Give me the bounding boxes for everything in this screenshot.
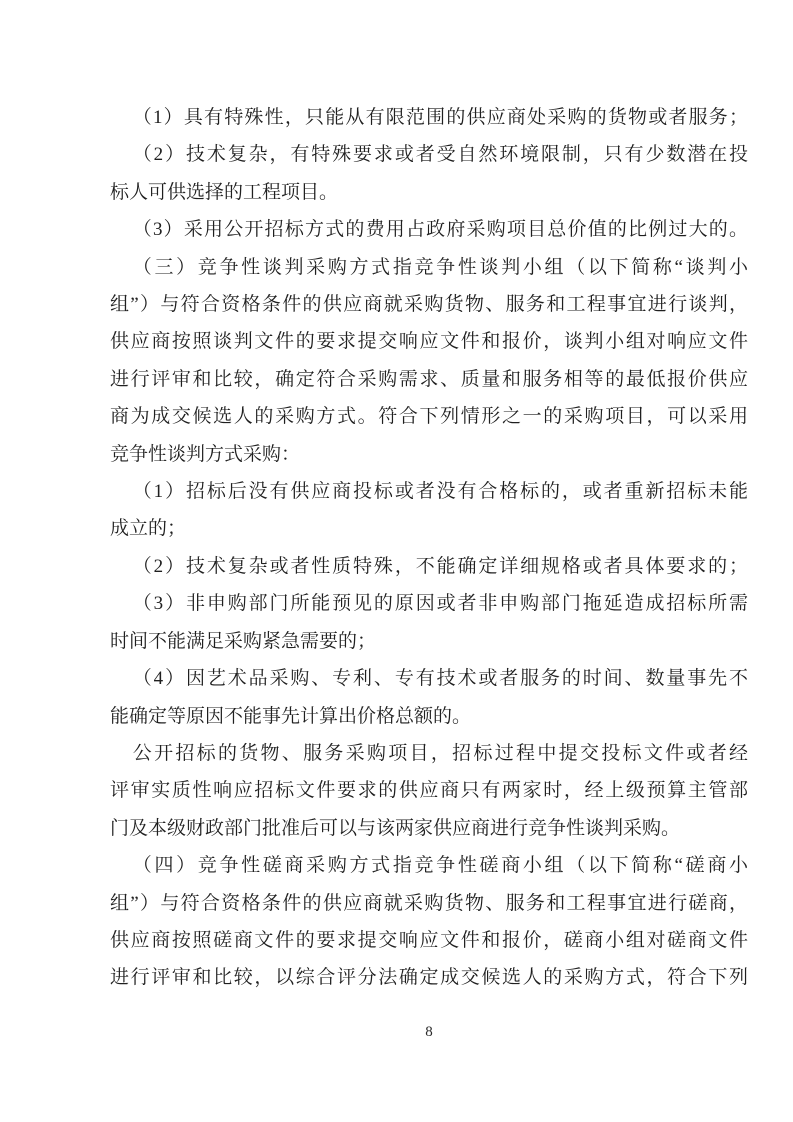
text-line: （四）竞争性磋商采购方式指竞争性磋商小组（以下简称“磋商小 xyxy=(110,847,748,884)
text-line: （3）采用公开招标方式的费用占政府采购项目总价值的比例过大的。 xyxy=(110,211,748,248)
text-line: （1）具有特殊性，只能从有限范围的供应商处采购的货物或者服务； xyxy=(110,99,748,136)
page-number: 8 xyxy=(425,1024,433,1040)
text-line: 能确定等原因不能事先计算出价格总额的。 xyxy=(110,698,748,735)
text-line: （2）技术复杂，有特殊要求或者受自然环境限制，只有少数潜在投 xyxy=(110,136,748,173)
text-line: 商为成交候选人的采购方式。符合下列情形之一的采购项目，可以采用 xyxy=(110,398,748,435)
text-line: 竞争性谈判方式采购： xyxy=(110,436,748,473)
text-line: 进行评审和比较，以综合评分法确定成交候选人的采购方式，符合下列 xyxy=(110,959,748,996)
page-footer: 8 xyxy=(110,1024,748,1041)
text-line: 标人可供选择的工程项目。 xyxy=(110,174,748,211)
text-line: 评审实质性响应招标文件要求的供应商只有两家时，经上级预算主管部 xyxy=(110,772,748,809)
text-line: （1）招标后没有供应商投标或者没有合格标的，或者重新招标未能 xyxy=(110,473,748,510)
text-line: 组”）与符合资格条件的供应商就采购货物、服务和工程事宜进行磋商， xyxy=(110,885,748,922)
text-line: （3）非申购部门所能预见的原因或者非申购部门拖延造成招标所需 xyxy=(110,585,748,622)
text-line: （2）技术复杂或者性质特殊，不能确定详细规格或者具体要求的； xyxy=(110,548,748,585)
text-line: 进行评审和比较，确定符合采购需求、质量和服务相等的最低报价供应 xyxy=(110,361,748,398)
text-line: 供应商按照磋商文件的要求提交响应文件和报价，磋商小组对磋商文件 xyxy=(110,922,748,959)
text-block: （1）具有特殊性，只能从有限范围的供应商处采购的货物或者服务；（2）技术复杂，有… xyxy=(110,99,748,997)
document-page: （1）具有特殊性，只能从有限范围的供应商处采购的货物或者服务；（2）技术复杂，有… xyxy=(0,0,793,1122)
text-line: 时间不能满足采购紧急需要的； xyxy=(110,623,748,660)
text-line: 门及本级财政部门批准后可以与该两家供应商进行竞争性谈判采购。 xyxy=(110,810,748,847)
text-line: （4）因艺术品采购、专利、专有技术或者服务的时间、数量事先不 xyxy=(110,660,748,697)
text-line: 供应商按照谈判文件的要求提交响应文件和报价，谈判小组对响应文件 xyxy=(110,323,748,360)
text-line: （三）竞争性谈判采购方式指竞争性谈判小组（以下简称“谈判小 xyxy=(110,249,748,286)
text-line: 组”）与符合资格条件的供应商就采购货物、服务和工程事宜进行谈判， xyxy=(110,286,748,323)
text-line: 成立的； xyxy=(110,510,748,547)
text-line: 公开招标的货物、服务采购项目，招标过程中提交投标文件或者经 xyxy=(110,735,748,772)
